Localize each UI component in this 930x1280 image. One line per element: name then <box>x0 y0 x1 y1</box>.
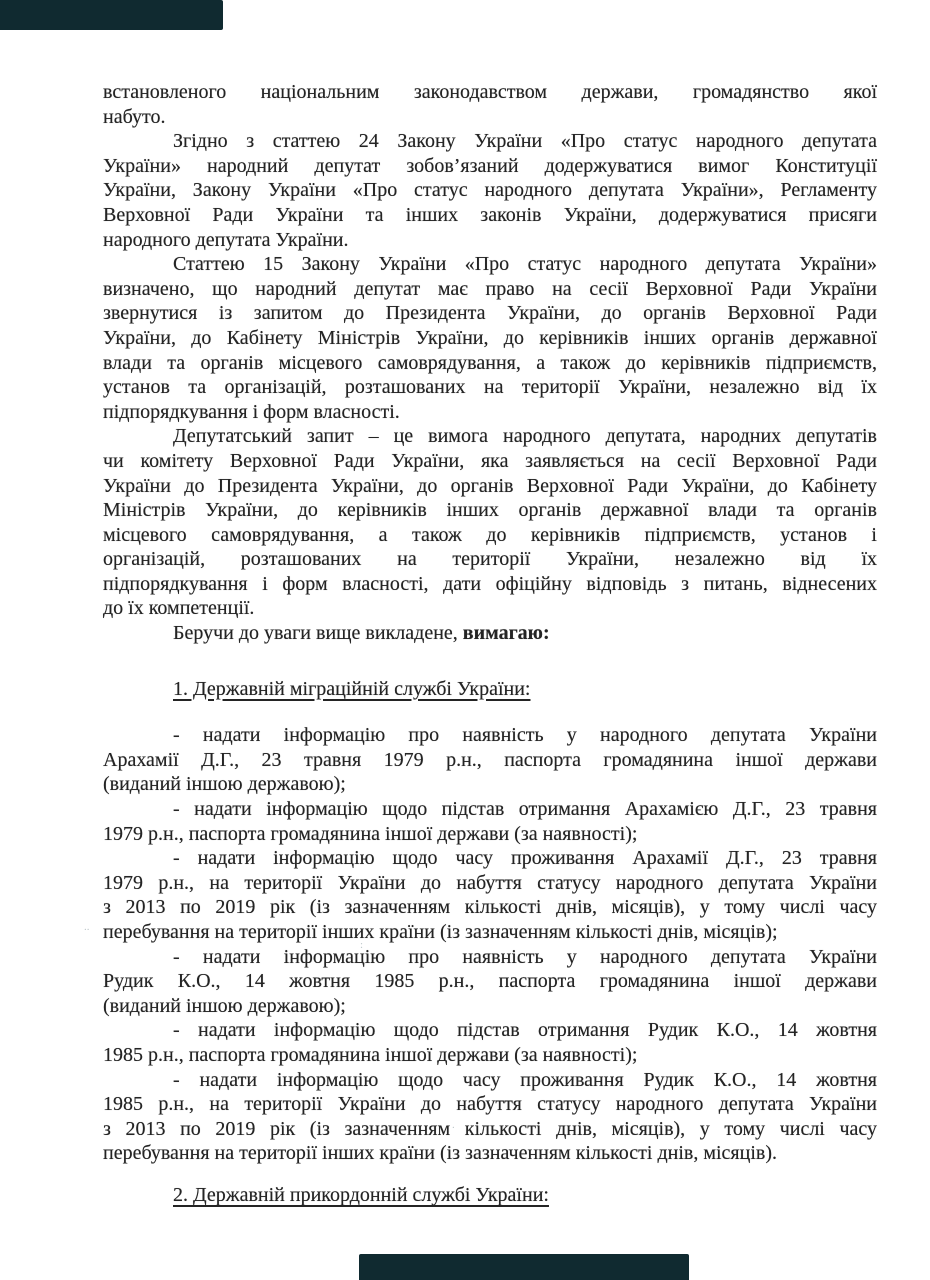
text-line: (виданий іншою державою); <box>103 772 877 797</box>
text-line: України» народний депутат зобов’язаний д… <box>103 154 877 179</box>
text-line: України до Президента України, до органі… <box>103 474 877 499</box>
text-line: встановленого національним законодавство… <box>103 80 877 105</box>
text-line: - надати інформацію про наявність у наро… <box>103 945 877 970</box>
text-line: з 2013 по 2019 рік (із зазначенням кільк… <box>103 895 877 920</box>
text-line: (виданий іншою державою); <box>103 994 877 1019</box>
text-line: Статтею 15 Закону України «Про статус на… <box>103 252 877 277</box>
text-line: чи комітету Верховної Ради України, яка … <box>103 449 877 474</box>
scanned-document-page: .. : . встановленого національним законо… <box>0 0 930 1280</box>
text-line: 1979 р.н., на території України до набут… <box>103 871 877 896</box>
bullet-item-5: - надати інформацію щодо підстав отриман… <box>103 1018 877 1067</box>
text-line: звернутися із запитом до Президента Укра… <box>103 301 877 326</box>
text-line: Верховної Ради України та інших законів … <box>103 203 877 228</box>
bullet-item-3: - надати інформацію щодо часу проживання… <box>103 846 877 944</box>
text-line: 1985 р.н., паспорта громадянина іншої де… <box>103 1043 877 1068</box>
text-line: установ та організацій, розташованих на … <box>103 375 877 400</box>
section-heading-2-text: 2. Державній прикордонній службі України… <box>173 1184 549 1206</box>
text-line: організацій, розташованих на території У… <box>103 547 877 572</box>
paragraph-continuation: встановленого національним законодавство… <box>103 80 877 129</box>
text-line: до їх компетенції. <box>103 596 877 621</box>
paragraph-article-24: Згідно з статтею 24 Закону України «Про … <box>103 129 877 252</box>
paragraph-deputy-request-definition: Депутатський запит – це вимога народного… <box>103 424 877 621</box>
text-line: - надати інформацію щодо часу проживання… <box>103 1068 877 1093</box>
text-line: набуто. <box>103 105 877 130</box>
text-line: Рудик К.О., 14 жовтня 1985 р.н., паспорт… <box>103 969 877 994</box>
paragraph-article-15: Статтею 15 Закону України «Про статус на… <box>103 252 877 424</box>
text-line: Арахамії Д.Г., 23 травня 1979 р.н., пасп… <box>103 748 877 773</box>
document-text: встановленого національним законодавство… <box>103 80 877 1208</box>
text-line: визначено, що народний депутат має право… <box>103 277 877 302</box>
scan-artifact-top-bar <box>0 0 223 30</box>
scan-speck: .. <box>84 922 90 933</box>
text-line: 1985 р.н., на території України до набут… <box>103 1092 877 1117</box>
scan-artifact-bottom-bar <box>359 1254 689 1280</box>
text-line: місцевого самоврядування, а також до кер… <box>103 523 877 548</box>
text-line: народного депутата України. <box>103 228 877 253</box>
text-line: 1979 р.н., паспорта громадянина іншої де… <box>103 822 877 847</box>
text-line: підпорядкування і форм власності. <box>103 400 877 425</box>
section-heading-migration-service: 1. Державній міграційній службі України: <box>103 677 877 702</box>
bullet-item-1: - надати інформацію про наявність у наро… <box>103 723 877 797</box>
text-line: - надати інформацію щодо часу проживання… <box>103 846 877 871</box>
text-line: Депутатський запит – це вимога народного… <box>103 424 877 449</box>
section-heading-1-text: 1. Державній міграційній службі України: <box>173 678 530 700</box>
text-line: підпорядкування і форм власності, дати о… <box>103 572 877 597</box>
bullet-item-6: - надати інформацію щодо часу проживання… <box>103 1068 877 1166</box>
demand-lead-text: Беручи до уваги вище викладене, <box>173 622 463 644</box>
text-line: України, Закону України «Про статус наро… <box>103 178 877 203</box>
text-line: Беручи до уваги вище викладене, вимагаю: <box>103 621 877 646</box>
text-line: перебування на території інших країни (і… <box>103 920 877 945</box>
text-line: з 2013 по 2019 рік (із зазначенням кільк… <box>103 1117 877 1142</box>
text-line: - надати інформацію про наявність у наро… <box>103 723 877 748</box>
text-line: Міністрів України, до керівників інших о… <box>103 498 877 523</box>
paragraph-demand: Беручи до уваги вище викладене, вимагаю: <box>103 621 877 646</box>
text-line: влади та органів місцевого самоврядуванн… <box>103 351 877 376</box>
text-line: - надати інформацію щодо підстав отриман… <box>103 1018 877 1043</box>
bullet-item-4: - надати інформацію про наявність у наро… <box>103 945 877 1019</box>
text-line: - надати інформацію щодо підстав отриман… <box>103 797 877 822</box>
demand-bold-text: вимагаю: <box>463 622 550 644</box>
text-line: Згідно з статтею 24 Закону України «Про … <box>103 129 877 154</box>
bullet-item-2: - надати інформацію щодо підстав отриман… <box>103 797 877 846</box>
text-line: перебування на території інших країни (і… <box>103 1141 877 1166</box>
section-heading-border-service: 2. Державній прикордонній службі України… <box>103 1183 877 1208</box>
text-line: України, до Кабінету Міністрів України, … <box>103 326 877 351</box>
